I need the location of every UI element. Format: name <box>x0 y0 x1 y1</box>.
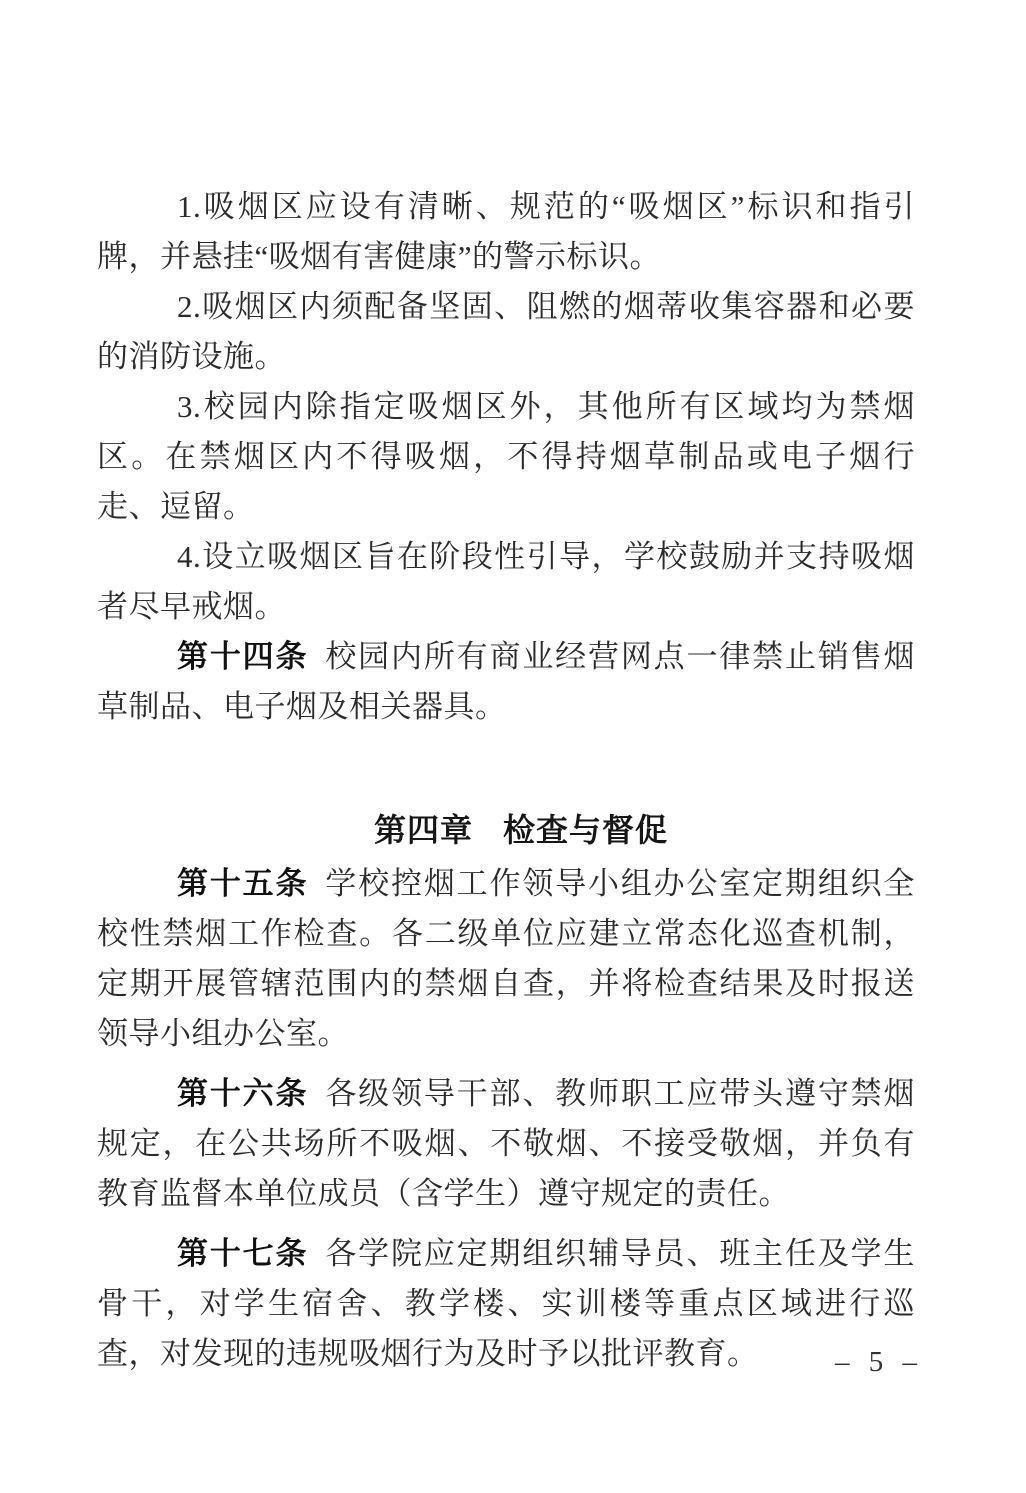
chapter-heading: 第四章检查与督促 <box>127 805 915 855</box>
article-15-paragraph: 第十五条学校控烟工作领导小组办公室定期组织全校性禁烟工作检查。各二级单位应建立常… <box>97 859 915 1059</box>
chapter-title: 检查与督促 <box>503 811 668 849</box>
article-17-number: 第十七条 <box>177 1236 308 1271</box>
article-14-paragraph: 第十四条校园内所有商业经营网点一律禁止销售烟草制品、电子烟及相关器具。 <box>97 632 915 732</box>
article-15-number: 第十五条 <box>177 866 308 901</box>
page-body: 1.吸烟区应设有清晰、规范的“吸烟区”标识和指引牌，并悬挂“吸烟有害健康”的警示… <box>97 182 915 1379</box>
document-page: 1.吸烟区应设有清晰、规范的“吸烟区”标识和指引牌，并悬挂“吸烟有害健康”的警示… <box>0 0 1026 1493</box>
numbered-item-1: 1.吸烟区应设有清晰、规范的“吸烟区”标识和指引牌，并悬挂“吸烟有害健康”的警示… <box>97 182 915 282</box>
numbered-item-3: 3.校园内除指定吸烟区外，其他所有区域均为禁烟区。在禁烟区内不得吸烟，不得持烟草… <box>97 382 915 532</box>
numbered-item-2: 2.吸烟区内须配备坚固、阻燃的烟蒂收集容器和必要的消防设施。 <box>97 282 915 382</box>
article-16-paragraph: 第十六条各级领导干部、教师职工应带头遵守禁烟规定，在公共场所不吸烟、不敬烟、不接… <box>97 1069 915 1219</box>
page-number: – 5 – <box>835 1346 923 1378</box>
chapter-number: 第四章 <box>374 811 473 849</box>
article-14-number: 第十四条 <box>177 639 308 674</box>
article-16-number: 第十六条 <box>177 1076 308 1111</box>
article-17-paragraph: 第十七条各学院应定期组织辅导员、班主任及学生骨干，对学生宿舍、教学楼、实训楼等重… <box>97 1229 915 1379</box>
numbered-item-4: 4.设立吸烟区旨在阶段性引导，学校鼓励并支持吸烟者尽早戒烟。 <box>97 532 915 632</box>
